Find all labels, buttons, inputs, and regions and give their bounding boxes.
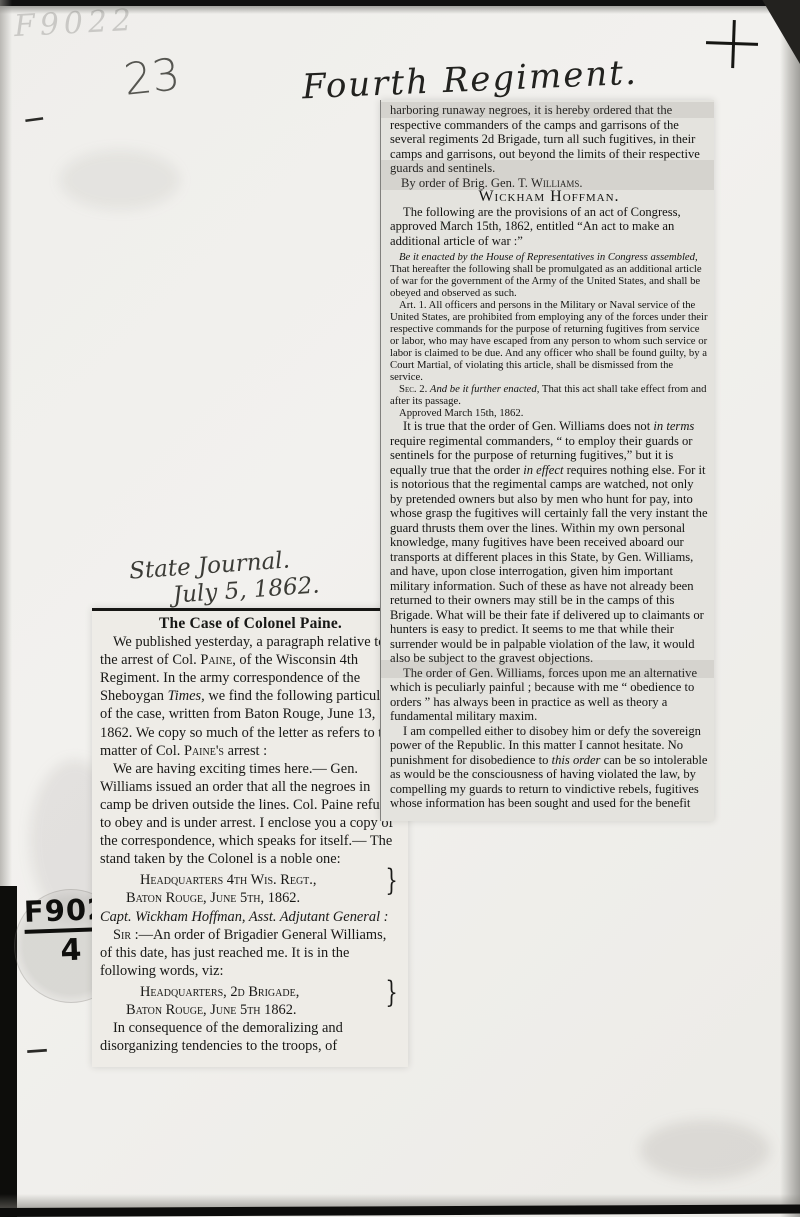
act-of-congress-text: Be it enacted by the House of Representa… xyxy=(390,251,708,419)
dateline-2d-brigade: Headquarters, 2d Brigade, Baton Rouge, J… xyxy=(140,983,401,1019)
right-paragraph-4: The order of Gen. Williams, forces upon … xyxy=(390,666,708,724)
margin-dash-mark-top: — xyxy=(22,105,45,132)
scanned-document-page: F9022 23 Fourth Regiment. — State Journa… xyxy=(0,0,800,1217)
dateline-line2: Baton Rouge, June 5th 1862. xyxy=(126,1001,385,1019)
text-run-smallcaps: Paine's xyxy=(184,743,224,759)
text-run-italic: this order xyxy=(552,753,601,767)
act-approved-line: Approved March 15th, 1862. xyxy=(390,407,708,419)
scan-edge-right xyxy=(780,0,800,1217)
left-paragraph-4: In consequence of the demoralizing and d… xyxy=(100,1019,401,1055)
text-run-smallcaps: Paine, xyxy=(200,652,235,668)
handwritten-source-note: State Journal. July 5, 1862. xyxy=(128,545,320,612)
act-preamble: Be it enacted by the House of Representa… xyxy=(390,251,708,299)
text-run: It is true that the order of Gen. Willia… xyxy=(403,419,653,433)
dateline-brace: } xyxy=(385,984,397,1002)
text-run: arrest : xyxy=(224,743,267,759)
right-paragraph-5: I am compelled either to disobey him or … xyxy=(390,724,708,811)
registration-cross-mark xyxy=(705,17,759,71)
salutation: Sir :— xyxy=(113,927,153,943)
left-paragraph-1: We published yesterday, a paragraph rela… xyxy=(100,633,401,760)
dateline-4th-wis-regt: Headquarters 4th Wis. Regt., Baton Rouge… xyxy=(140,871,401,907)
enacting-clause-italic: And be it further enacted, xyxy=(430,383,540,395)
dateline-brace: } xyxy=(385,872,397,890)
dateline-line2: Baton Rouge, June 5th, 1862. xyxy=(126,889,385,907)
right-newspaper-clipping: harboring runaway negroes, it is hereby … xyxy=(380,100,714,821)
left-newspaper-clipping: The Case of Colonel Paine. We published … xyxy=(92,608,408,1067)
scan-edge-left-upper xyxy=(0,0,12,886)
text-run-italic: in effect xyxy=(523,463,563,477)
act-article-1: Art. 1. All officers and persons in the … xyxy=(390,299,708,383)
text-run-italic: in terms xyxy=(653,419,694,433)
text-run: requires nothing else. For it is notorio… xyxy=(390,463,708,666)
dateline-line1: Headquarters, 2d Brigade, xyxy=(140,984,299,1000)
article-headline: The Case of Colonel Paine. xyxy=(100,615,401,633)
text-run-italic: Times, xyxy=(168,688,205,704)
letter-addressee: Capt. Wickham Hoffman, Asst. Adjutant Ge… xyxy=(100,908,401,926)
left-paragraph-2: We are having exciting times here.— Gen.… xyxy=(100,760,401,869)
enacting-clause-italic: Be it enacted by the House of Representa… xyxy=(399,251,698,263)
scan-smudge xyxy=(60,150,180,210)
margin-dash-mark-bottom: — xyxy=(25,1037,49,1063)
left-paragraph-3: Sir :—An order of Brigadier General Will… xyxy=(100,926,401,980)
right-paragraph-1: harboring runaway negroes, it is hereby … xyxy=(390,103,708,176)
dateline-line1: Headquarters 4th Wis. Regt., xyxy=(140,872,317,888)
section-label: Sec. 2. xyxy=(399,383,430,395)
faint-archival-code-handwritten: F9022 xyxy=(13,3,137,44)
text-run: That hereafter the following shall be pr… xyxy=(390,263,702,299)
signature-wickham-hoffman: Wickham Hoffman. xyxy=(390,190,708,205)
act-section-2: Sec. 2. And be it further enacted, That … xyxy=(390,383,708,407)
handwritten-page-number: 23 xyxy=(121,49,182,106)
scan-smudge xyxy=(640,1120,770,1180)
provisions-intro-paragraph: The following are the provisions of an a… xyxy=(390,205,708,249)
right-paragraph-3: It is true that the order of Gen. Willia… xyxy=(390,419,708,666)
